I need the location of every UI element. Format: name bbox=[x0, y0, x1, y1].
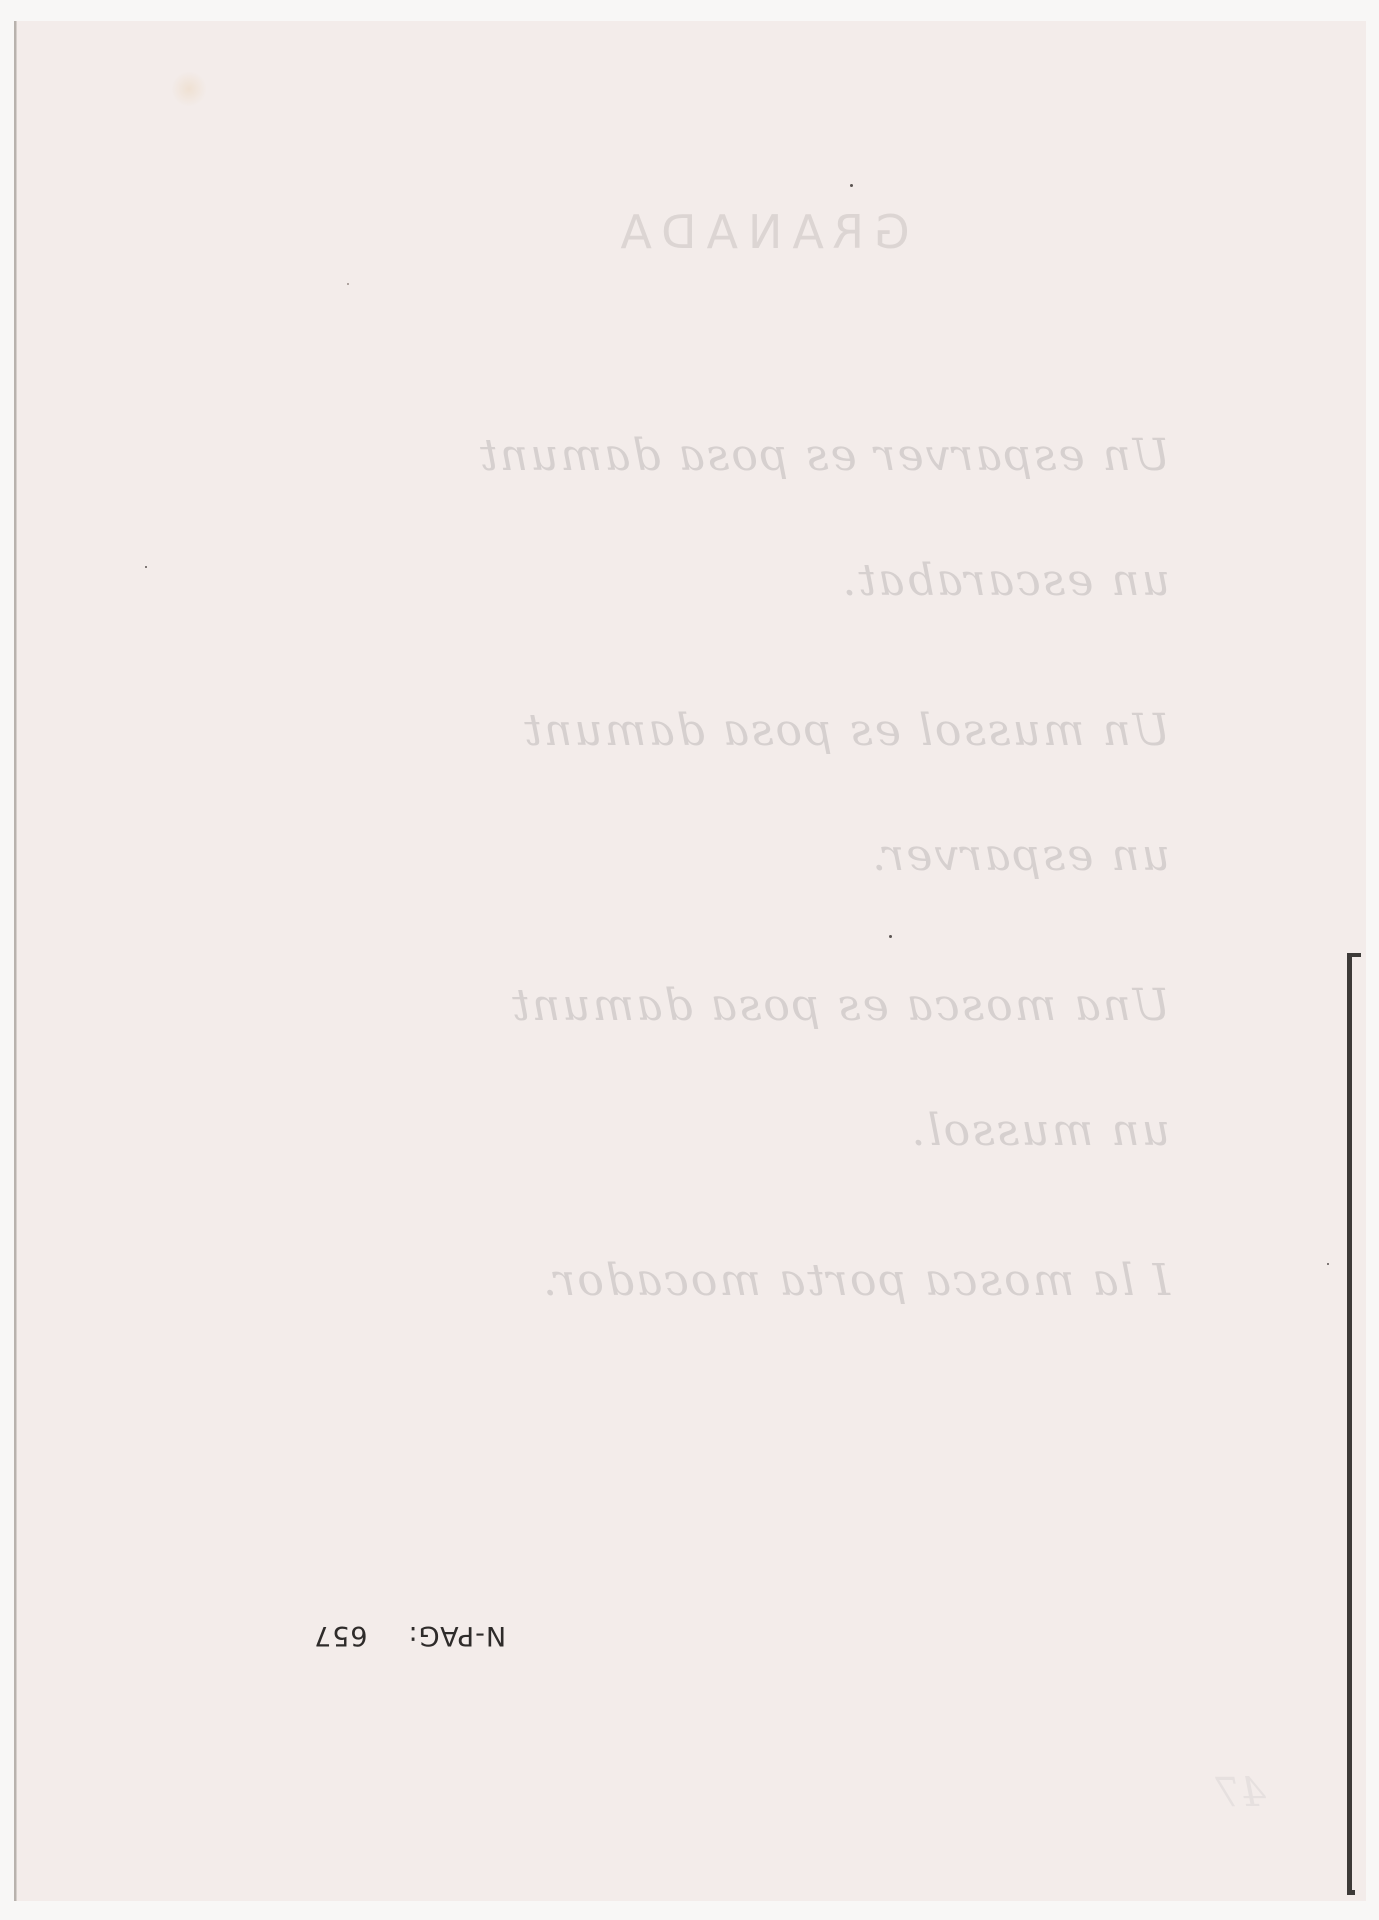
bleed-through-line-1: Un esparver es posa damunt bbox=[410, 430, 1170, 481]
bleed-through-title: GRANADA bbox=[580, 205, 940, 259]
paper-sheet bbox=[14, 21, 1366, 1901]
corner-pencil-mark: 47 bbox=[1215, 1770, 1266, 1816]
scanned-document: GRANADA Un esparver es posa damunt un es… bbox=[0, 0, 1379, 1920]
bleed-through-line-6: un mussol. bbox=[840, 1105, 1170, 1156]
dust-speck bbox=[889, 935, 892, 938]
dust-speck bbox=[145, 566, 147, 568]
dust-speck bbox=[1327, 1263, 1329, 1265]
dust-speck bbox=[347, 283, 349, 285]
bleed-through-line-7: I la mosca porta mocador. bbox=[350, 1255, 1170, 1306]
dust-speck bbox=[850, 184, 853, 187]
bleed-through-line-5: Una mosca es posa damunt bbox=[400, 980, 1170, 1031]
bleed-through-line-4: un esparver. bbox=[840, 830, 1170, 881]
page-number-stamp: N-PAG:657 bbox=[313, 1620, 506, 1651]
stamp-label: N-PAG: bbox=[408, 1620, 507, 1651]
margin-bracket-line bbox=[1347, 953, 1352, 1895]
bleed-through-line-2: un escarabat. bbox=[850, 555, 1170, 606]
stamp-number: 657 bbox=[313, 1620, 368, 1651]
paper-stain bbox=[171, 71, 207, 107]
bleed-through-line-3: Un mussol es posa damunt bbox=[400, 705, 1170, 756]
